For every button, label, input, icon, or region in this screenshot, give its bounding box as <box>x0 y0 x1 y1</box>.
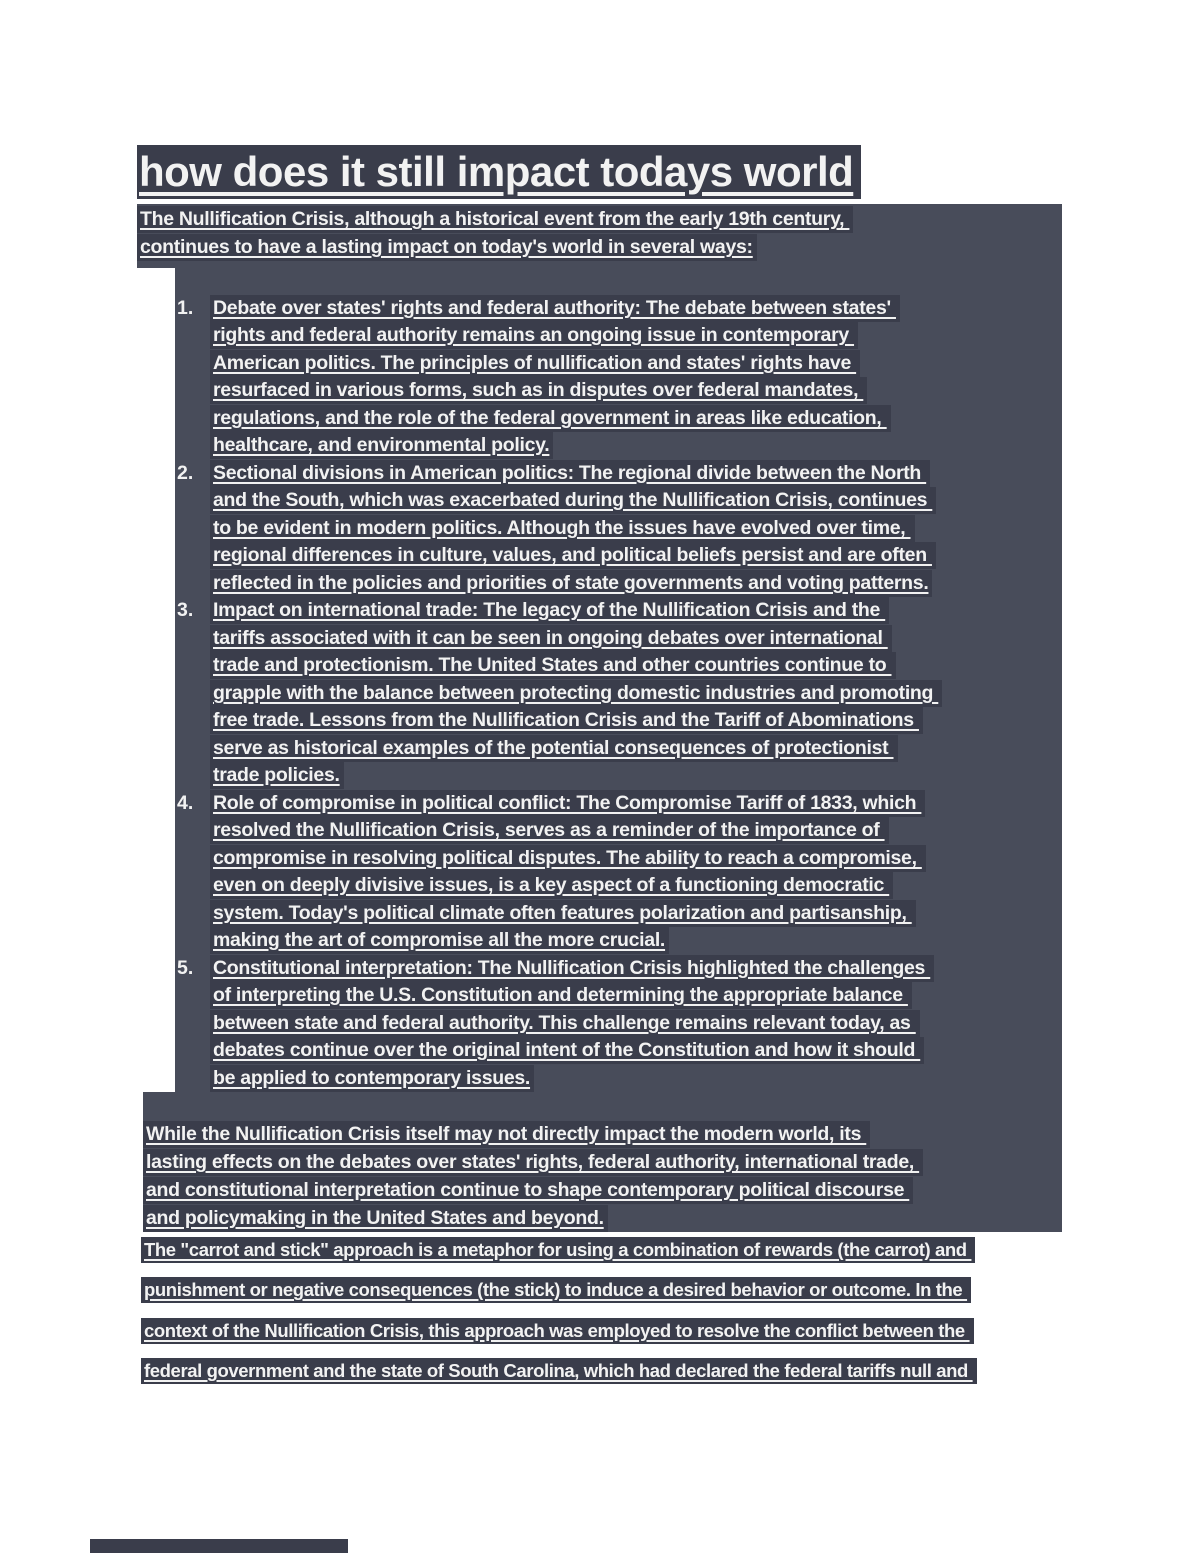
list-line: American politics. The principles of nul… <box>210 350 860 377</box>
list-line: Debate over states' rights and federal a… <box>210 295 900 322</box>
carrot-line: federal government and the state of Sout… <box>141 1358 977 1384</box>
list-number: 1. <box>177 295 203 322</box>
carrot-line: context of the Nullification Crisis, thi… <box>141 1318 974 1344</box>
list-line: tariffs associated with it can be seen i… <box>210 625 892 652</box>
list-line: compromise in resolving political disput… <box>210 845 926 872</box>
document-page: how does it still impact todays world Th… <box>0 0 1200 1553</box>
list-line: Role of compromise in political conflict… <box>210 790 925 817</box>
list-line: even on deeply divisive issues, is a key… <box>210 872 893 899</box>
list-number: 4. <box>177 790 203 817</box>
list-line: system. Today's political climate often … <box>210 900 916 927</box>
list-line: of interpreting the U.S. Constitution an… <box>210 982 912 1009</box>
list-line: Impact on international trade: The legac… <box>210 597 889 624</box>
list-line: regional differences in culture, values,… <box>210 542 936 569</box>
carrot-line: punishment or negative consequences (the… <box>141 1277 971 1303</box>
list-line: reflected in the policies and priorities… <box>210 570 932 597</box>
intro-line: The Nullification Crisis, although a his… <box>137 206 853 233</box>
page-title: how does it still impact todays world <box>137 145 861 199</box>
closing-line: While the Nullification Crisis itself ma… <box>143 1121 870 1148</box>
list-line: free trade. Lessons from the Nullificati… <box>210 707 923 734</box>
list-line: between state and federal authority. Thi… <box>210 1010 920 1037</box>
list-line: Sectional divisions in American politics… <box>210 460 930 487</box>
list-line: debates continue over the original inten… <box>210 1037 924 1064</box>
list-line: rights and federal authority remains an … <box>210 322 858 349</box>
list-line: resolved the Nullification Crisis, serve… <box>210 817 889 844</box>
list-number: 2. <box>177 460 203 487</box>
list-line: regulations, and the role of the federal… <box>210 405 891 432</box>
cutoff-highlight-bar <box>90 1539 348 1553</box>
list-line: be applied to contemporary issues. <box>210 1065 534 1092</box>
closing-line: and policymaking in the United States an… <box>143 1205 608 1232</box>
closing-line: lasting effects on the debates over stat… <box>143 1149 923 1176</box>
list-line: trade and protectionism. The United Stat… <box>210 652 896 679</box>
list-line: Constitutional interpretation: The Nulli… <box>210 955 934 982</box>
list-line: serve as historical examples of the pote… <box>210 735 898 762</box>
list-line: healthcare, and environmental policy. <box>210 432 553 459</box>
list-line: making the art of compromise all the mor… <box>210 927 669 954</box>
list-line: to be evident in modern politics. Althou… <box>210 515 915 542</box>
list-line: trade policies. <box>210 762 344 789</box>
list-line: resurfaced in various forms, such as in … <box>210 377 867 404</box>
closing-line: and constitutional interpretation contin… <box>143 1177 913 1204</box>
carrot-line: The "carrot and stick" approach is a met… <box>141 1237 975 1263</box>
intro-line: continues to have a lasting impact on to… <box>137 234 757 261</box>
list-line: and the South, which was exacerbated dur… <box>210 487 936 514</box>
list-number: 3. <box>177 597 203 624</box>
list-line: grapple with the balance between protect… <box>210 680 942 707</box>
list-number: 5. <box>177 955 203 982</box>
